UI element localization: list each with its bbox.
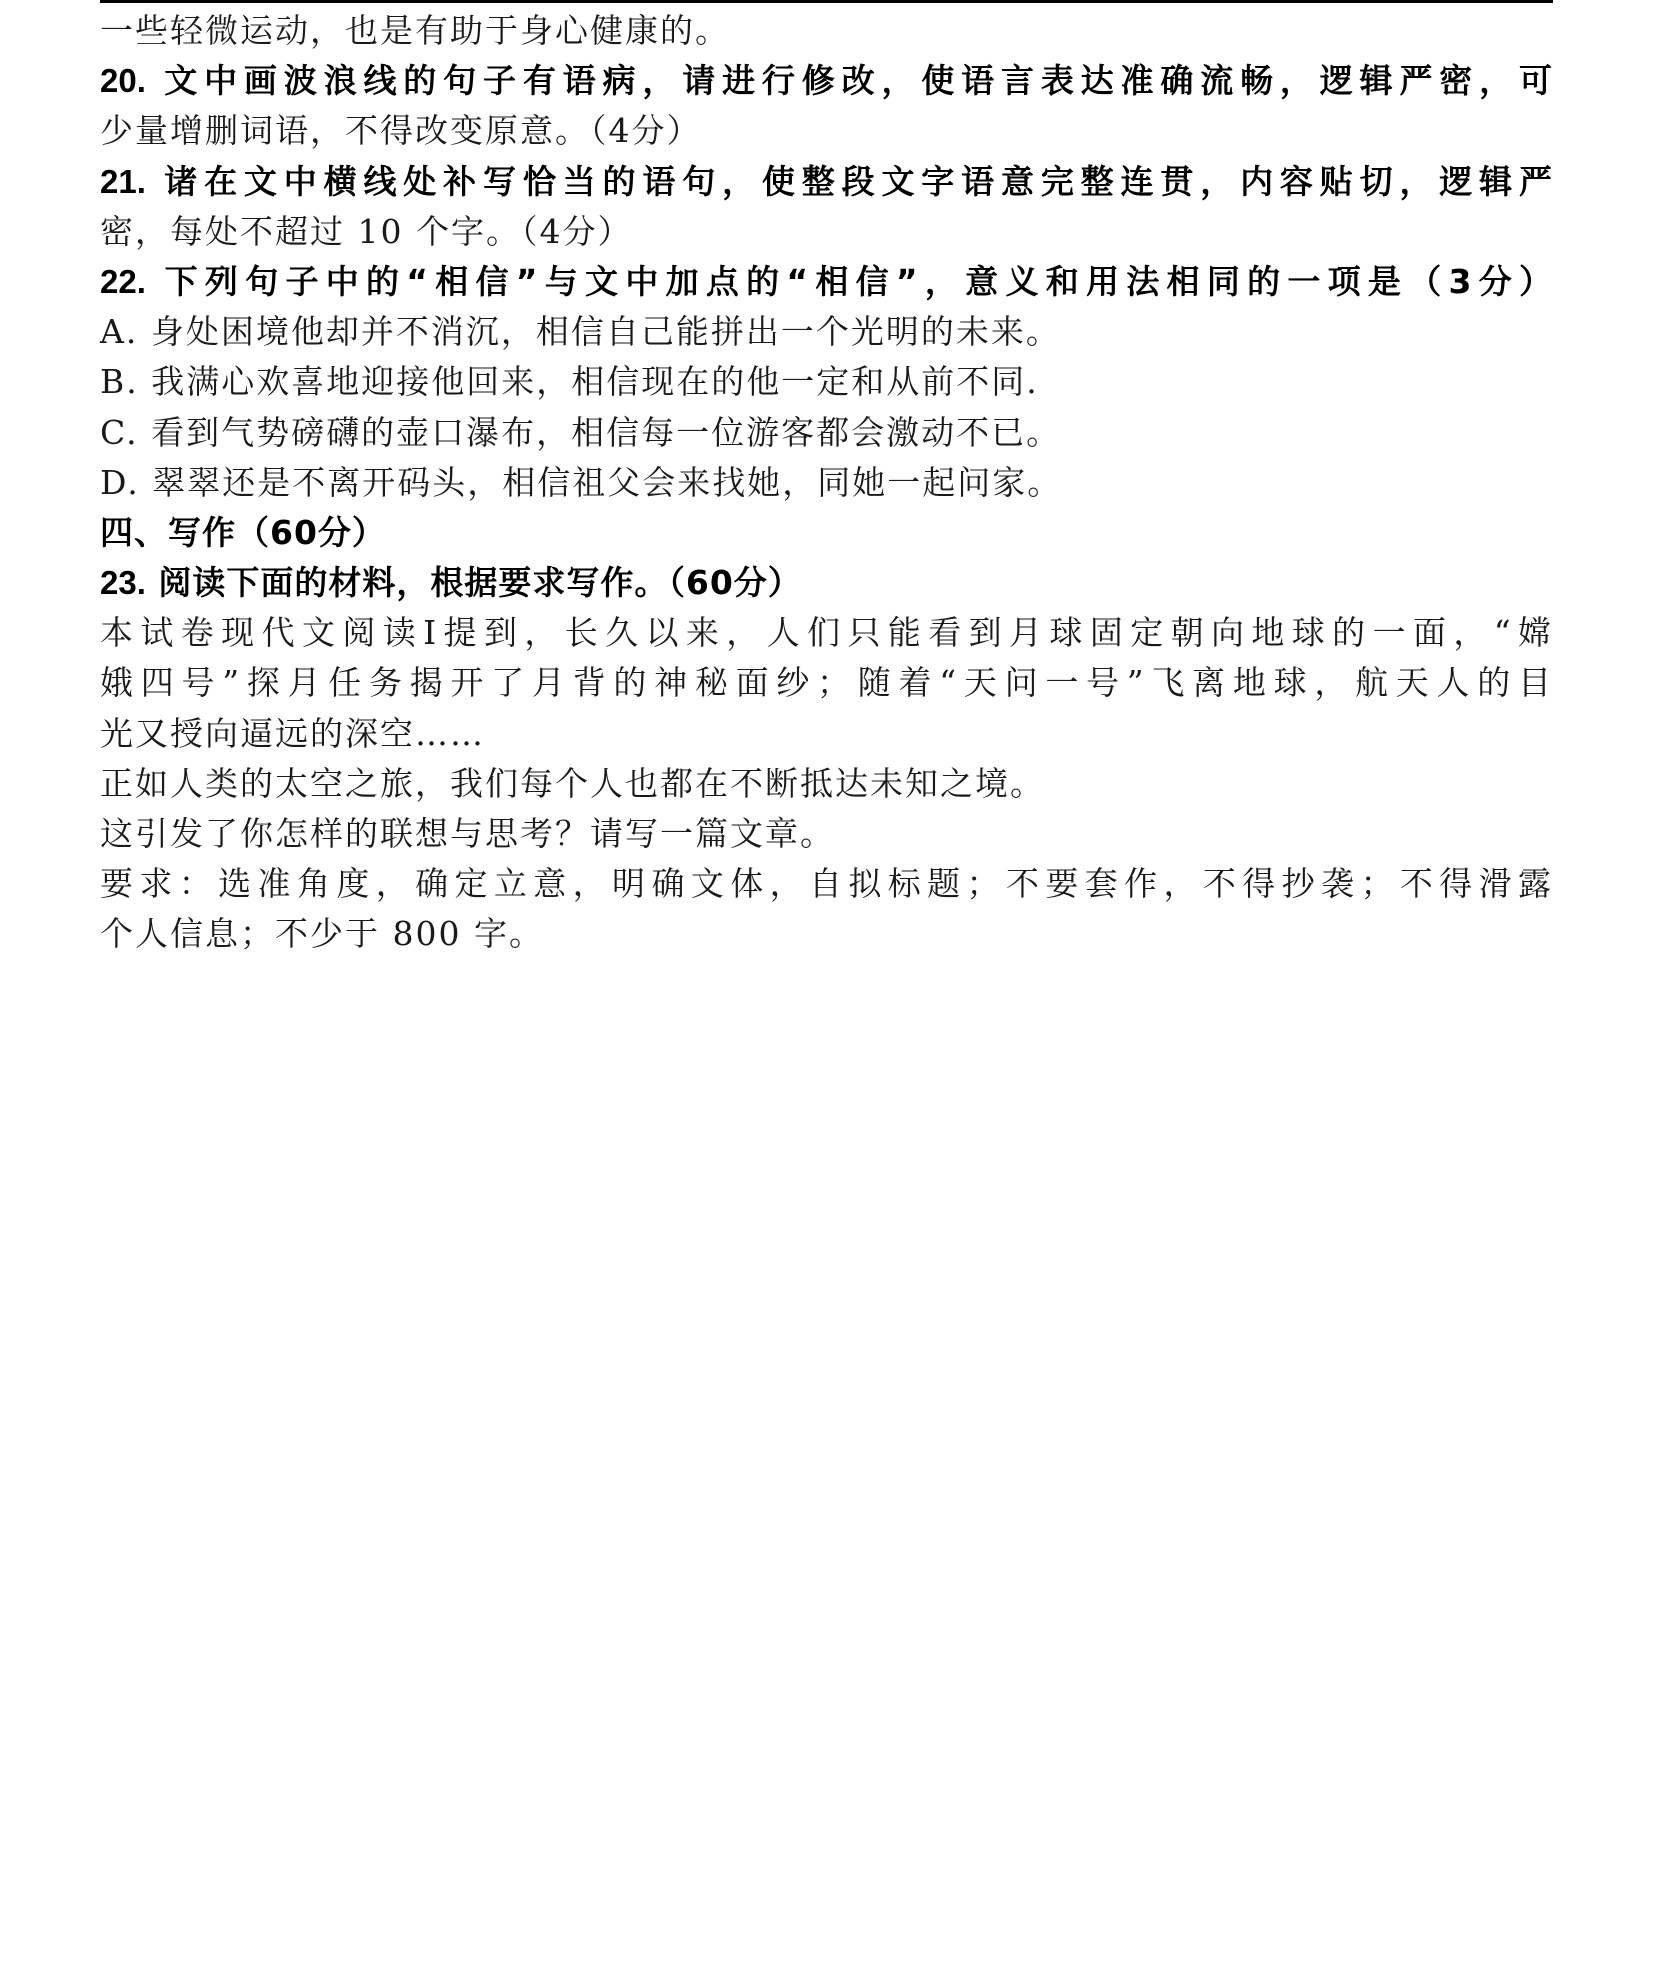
- question-20-number: 20.: [100, 62, 146, 99]
- question-20-text-line-1: 文中画波浪线的句子有语病，请进行修改，使语言表达准确流畅，逻辑严密，可: [164, 61, 1553, 100]
- question-22-stem: 22. 下列句子中的“相信”与文中加点的“相信”，意义和用法相同的一项是（3分）: [100, 257, 1553, 307]
- requirements-line-1: 要求：选准角度，确定立意，明确文体，自拟标题；不要套作，不得抄袭；不得滑露: [100, 859, 1553, 909]
- question-20-stem: 20. 文中画波浪线的句子有语病，请进行修改，使语言表达准确流畅，逻辑严密，可: [100, 56, 1553, 106]
- question-21-stem: 21. 诸在文中横线处补写恰当的语句，使整段文字语意完整连贯，内容贴切，逻辑严: [100, 157, 1553, 207]
- requirements-line-2: 个人信息；不少于 800 字。: [100, 909, 1553, 959]
- option-b-text: 我满心欢喜地迎接他回来，相信现在的他一定和从前不同.: [151, 362, 1039, 401]
- option-d: D. 翠翠还是不离开码头，相信祖父会来找她，同她一起问家。: [100, 458, 1553, 508]
- option-c-text: 看到气势磅礴的壶口瀑布，相信每一位游客都会激动不已。: [151, 413, 1061, 452]
- top-rule-divider: [100, 0, 1553, 3]
- option-b-label: B.: [100, 362, 139, 401]
- option-d-text: 翠翠还是不离开码头，相信祖父会来找她，同她一起问家。: [152, 463, 1062, 502]
- question-21-text-line-1: 诸在文中横线处补写恰当的语句，使整段文字语意完整连贯，内容贴切，逻辑严: [164, 162, 1553, 201]
- material-line-2: 娥四号”探月任务揭开了月背的神秘面纱；随着“天问一号”飞离地球，航天人的目: [100, 658, 1553, 708]
- option-b: B. 我满心欢喜地迎接他回来，相信现在的他一定和从前不同.: [100, 357, 1553, 407]
- question-21-text-line-2: 密，每处不超过 10 个字。（4分）: [100, 207, 1553, 257]
- option-c-label: C.: [100, 413, 139, 452]
- question-22-number: 22.: [100, 263, 146, 300]
- question-20-text-line-2: 少量增删词语，不得改变原意。（4分）: [100, 106, 1553, 156]
- option-a-label: A.: [100, 312, 138, 351]
- option-c: C. 看到气势磅礴的壶口瀑布，相信每一位游客都会激动不已。: [100, 408, 1553, 458]
- section-heading-writing: 四、写作（60分）: [100, 508, 1553, 558]
- material-line-5: 这引发了你怎样的联想与思考？请写一篇文章。: [100, 809, 1553, 859]
- material-line-1: 本试卷现代文阅读Ⅰ提到，长久以来，人们只能看到月球固定朝向地球的一面，“嫦: [100, 608, 1553, 658]
- continuation-text: 一些轻微运动，也是有助于身心健康的。: [100, 6, 1553, 56]
- question-23-prompt: 阅读下面的材料，根据要求写作。（60分）: [158, 563, 801, 602]
- option-a-text: 身处困境他却并不消沉，相信自己能拼出一个光明的未来。: [151, 312, 1061, 351]
- option-a: A. 身处困境他却并不消沉，相信自己能拼出一个光明的未来。: [100, 307, 1553, 357]
- material-line-3: 光又授向逼远的深空……: [100, 709, 1553, 759]
- question-23-number: 23.: [100, 564, 146, 601]
- question-23-stem: 23. 阅读下面的材料，根据要求写作。（60分）: [100, 558, 1553, 608]
- exam-content: 一些轻微运动，也是有助于身心健康的。 20. 文中画波浪线的句子有语病，请进行修…: [100, 6, 1553, 960]
- question-21-number: 21.: [100, 163, 146, 200]
- material-line-4: 正如人类的太空之旅，我们每个人也都在不断抵达未知之境。: [100, 759, 1553, 809]
- option-d-label: D.: [100, 463, 140, 502]
- question-22-text-line-1: 下列句子中的“相信”与文中加点的“相信”，意义和用法相同的一项是（3分）: [165, 262, 1553, 301]
